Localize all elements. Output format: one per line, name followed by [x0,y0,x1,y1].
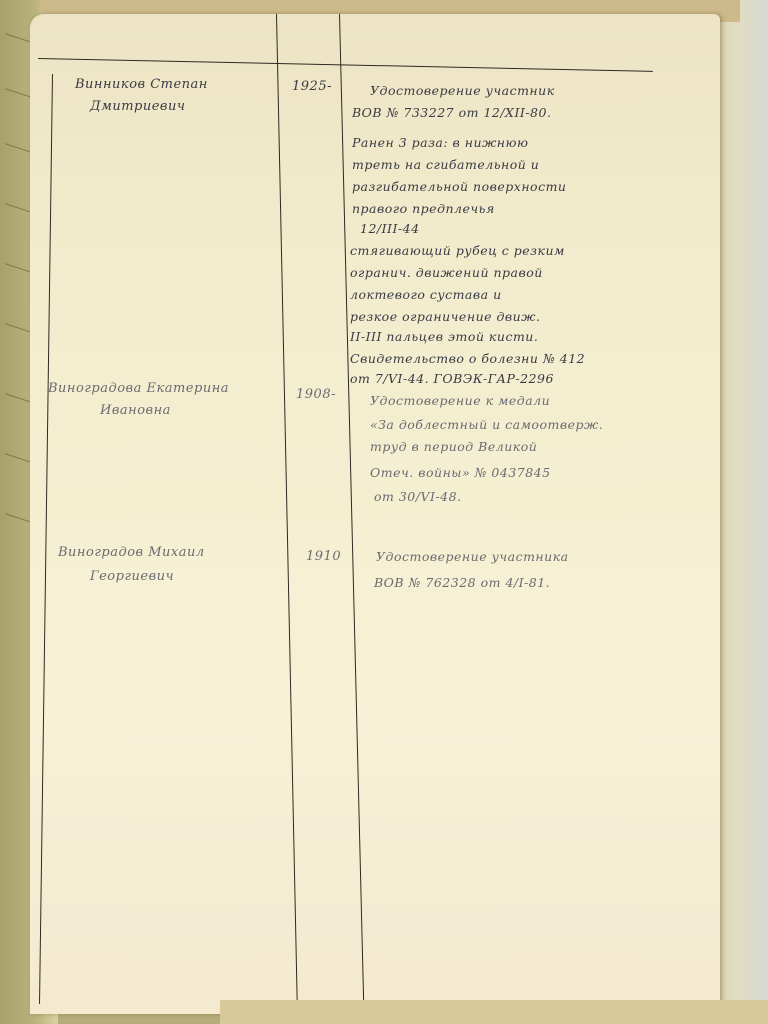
entry-note: Удостоверение к медали [370,390,550,412]
column-divider-name-year [276,14,298,1004]
entry-note: Ранен 3 раза: в нижнюю [352,132,529,154]
entry-note: Свидетельство о болезни № 412 [350,348,585,370]
entry-note: II-III пальцев этой кисти. [350,326,538,348]
header-rule [38,58,653,72]
entry-note: разгибательной поверхности [352,176,566,198]
entry-name-line1: Виноградов Михаил [58,542,205,564]
entry-note: стягивающий рубец с резким [350,240,565,262]
bottom-paper-edge [220,1000,768,1024]
entry-note: «За доблестный и самоотверж. [370,414,603,436]
entry-name-line1: Виноградова Екатерина [48,378,229,400]
entry-note: ВОВ № 762328 от 4/I-81. [374,572,550,594]
entry-name-line1: Винников Степан [75,74,208,96]
entry-note: Отеч. войны» № 0437845 [370,462,551,484]
register-page: Винников Степан Дмитриевич 1925- Удостов… [30,14,720,1014]
entry-note: правого предплечья [352,198,495,220]
entry-note: Удостоверение участник [370,80,555,102]
entry-name-line2: Ивановна [100,400,171,422]
entry-name-line2: Георгиевич [90,566,174,588]
entry-note: треть на сгибательной и [352,154,539,176]
entry-name-line2: Дмитриевич [90,96,185,118]
entry-note: труд в период Великой [370,436,537,458]
entry-year: 1910 [306,546,341,568]
entry-note: от 7/VI-44. ГОВЭК-ГАР-2296 [350,368,554,390]
entry-note: Удостоверение участника [376,546,569,568]
entry-note: от 30/VI-48. [374,486,462,508]
entry-year: 1908- [296,384,336,406]
entry-note: огранич. движений правой [350,262,543,284]
entry-note: резкое ограничение движ. [350,306,540,328]
entry-note: ВОВ № 733227 от 12/XII-80. [352,102,551,124]
entry-year: 1925- [292,76,332,98]
entry-note: 12/III-44 [360,218,420,240]
left-margin-line [39,74,53,1004]
entry-note: локтевого сустава и [350,284,502,306]
